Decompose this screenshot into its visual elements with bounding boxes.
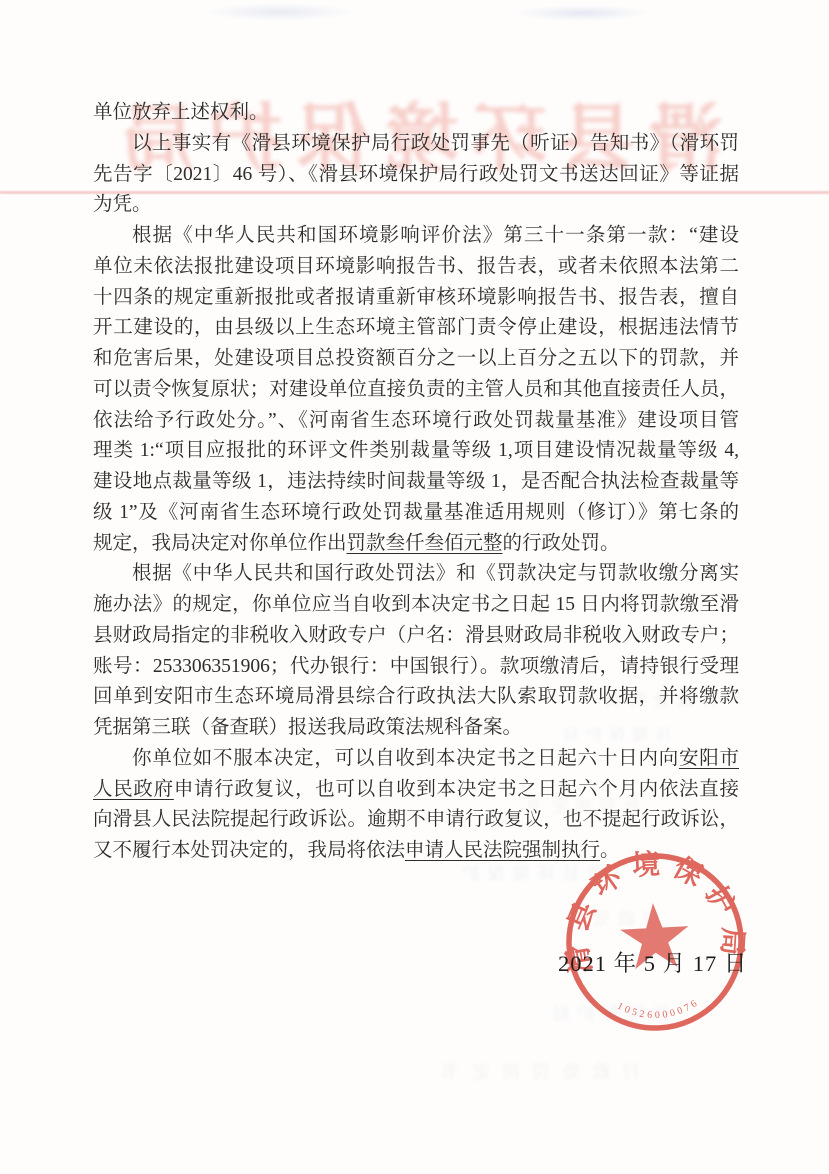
text-line: 可以责令恢复原状；对建设单位直接负责的主管人员和其他直接责任人员，	[93, 375, 739, 406]
text-segment: 单位未依法报批建设项目环境影响报告书、报告表，或者未依照本法第二	[93, 256, 739, 277]
text-segment: 根据《中华人民共和国环境影响评价法》第三十一条第一款：“建设	[132, 225, 739, 246]
text-line: 以上事实有《滑县环境保护局行政处罚事先（听证）告知书》（滑环罚	[93, 129, 739, 160]
text-line: 施办法》的规定，你单位应当自收到本决定书之日起 15 日内将罚款缴至滑	[93, 590, 739, 621]
text-segment: 依法给予行政处分。”、《河南省生态环境行政处罚裁量基准》建设项目管	[93, 410, 739, 431]
text-line: 单位未依法报批建设项目环境影响报告书、报告表，或者未依照本法第二	[93, 252, 739, 283]
text-line: 理类 1:“项目应报批的环评文件类别裁量等级 1,项目建设情况裁量等级 4,	[93, 436, 739, 467]
text-line: 级 1”及《河南省生态环境行政处罚裁量基准适用规则（修订）》第七条的	[93, 498, 739, 529]
text-segment: 向滑县人民法院提起行政诉讼。逾期不申请行政复议，也不提起行政诉讼，	[93, 809, 739, 830]
text-line: 根据《中华人民共和国行政处罚法》和《罚款决定与罚款收缴分离实	[93, 559, 739, 590]
text-segment: 凭据第三联（备查联）报送我局政策法规科备案。	[93, 717, 522, 738]
text-segment: 单位放弃上述权利。	[93, 102, 269, 123]
document-body: 单位放弃上述权利。以上事实有《滑县环境保护局行政处罚事先（听证）告知书》（滑环罚…	[93, 98, 739, 867]
text-line: 开工建设的，由县级以上生态环境主管部门责令停止建设，根据违法情节	[93, 313, 739, 344]
text-line: 账号：253306351906；代办银行：中国银行）。款项缴清后，请持银行受理	[93, 652, 739, 683]
text-segment: 为凭。	[93, 194, 152, 215]
text-segment: 可以责令恢复原状；对建设单位直接负责的主管人员和其他直接责任人员，	[93, 379, 739, 400]
text-segment: 规定，我局决定对你单位作出	[93, 533, 347, 554]
text-segment: 先告字〔2021〕46 号）、《滑县环境保护局行政处罚文书送达回证》等证据	[93, 164, 739, 185]
text-segment: 开工建设的，由县级以上生态环境主管部门责令停止建设，根据违法情节	[93, 317, 739, 338]
text-segment: 账号：253306351906；代办银行：中国银行）。款项缴清后，请持银行受理	[93, 656, 739, 677]
text-line: 凭据第三联（备查联）报送我局政策法规科备案。	[93, 713, 739, 744]
text-segment: 你单位如不服本决定，可以自收到本决定书之日起六十日内向	[132, 748, 679, 769]
official-seal: 滑县环境保护局 4105260000761	[555, 842, 755, 1042]
text-segment: 又不履行本处罚决定的，我局将依法	[93, 840, 405, 861]
text-segment: 施办法》的规定，你单位应当自收到本决定书之日起 15 日内将罚款缴至滑	[93, 594, 739, 615]
text-segment: 回单到安阳市生态环境局滑县综合行政执法大队索取罚款收据，并将缴款	[93, 686, 739, 707]
text-segment: 申请行政复议，也可以自收到本决定书之日起六个月内依法直接	[174, 779, 739, 800]
text-segment: 根据《中华人民共和国行政处罚法》和《罚款决定与罚款收缴分离实	[132, 563, 739, 584]
text-segment: 以上事实有《滑县环境保护局行政处罚事先（听证）告知书》（滑环罚	[132, 133, 739, 154]
text-segment: 的行政处罚。	[503, 533, 620, 554]
text-segment: 级 1”及《河南省生态环境行政处罚裁量基准适用规则（修订）》第七条的	[93, 502, 739, 523]
text-segment: 建设地点裁量等级 1，违法持续时间裁量等级 1，是否配合执法检查裁量等	[93, 471, 739, 492]
scanned-document-page: 滑县环境保护局 行政处罚决环境保护局处罚决定书滑县环境保护行政处罚环境保护局行政…	[0, 0, 829, 1174]
underlined-text: 罚款叁仟叁佰元整	[347, 533, 503, 554]
text-line: 依法给予行政处分。”、《河南省生态环境行政处罚裁量基准》建设项目管	[93, 406, 739, 437]
text-line: 向滑县人民法院提起行政诉讼。逾期不申请行政复议，也不提起行政诉讼，	[93, 805, 739, 836]
text-line: 规定，我局决定对你单位作出罚款叁仟叁佰元整的行政处罚。	[93, 529, 739, 560]
text-line: 十四条的规定重新报批或者报请重新审核环境影响报告书、报告表，擅自	[93, 283, 739, 314]
text-segment: 十四条的规定重新报批或者报请重新审核环境影响报告书、报告表，擅自	[93, 287, 739, 308]
text-line: 人民政府申请行政复议，也可以自收到本决定书之日起六个月内依法直接	[93, 775, 739, 806]
bleed-fragment: 行政处罚决定书	[430, 1058, 640, 1084]
text-segment: 理类 1:“项目应报批的环评文件类别裁量等级 1,项目建设情况裁量等级 4,	[93, 440, 739, 461]
underlined-text: 安阳市	[679, 748, 739, 769]
text-segment: 和危害后果，处建设项目总投资额百分之一以上百分之五以下的罚款，并	[93, 348, 739, 369]
text-line: 和危害后果，处建设项目总投资额百分之一以上百分之五以下的罚款，并	[93, 344, 739, 375]
text-line: 根据《中华人民共和国环境影响评价法》第三十一条第一款：“建设	[93, 221, 739, 252]
text-line: 县财政局指定的非税收入财政专户（户名：滑县财政局非税收入财政专户；	[93, 621, 739, 652]
underlined-text: 人民政府	[93, 779, 174, 800]
scan-smudge	[205, 3, 355, 21]
text-segment: 县财政局指定的非税收入财政专户（户名：滑县财政局非税收入财政专户；	[93, 625, 739, 646]
text-line: 建设地点裁量等级 1，违法持续时间裁量等级 1，是否配合执法检查裁量等	[93, 467, 739, 498]
text-line: 你单位如不服本决定，可以自收到本决定书之日起六十日内向安阳市	[93, 744, 739, 775]
text-line: 单位放弃上述权利。	[93, 98, 739, 129]
decision-date: 2021 年 5 月 17 日	[558, 946, 758, 978]
text-line: 先告字〔2021〕46 号）、《滑县环境保护局行政处罚文书送达回证》等证据	[93, 160, 739, 191]
text-line: 为凭。	[93, 190, 739, 221]
scan-smudge	[515, 5, 650, 21]
text-line: 回单到安阳市生态环境局滑县综合行政执法大队索取罚款收据，并将缴款	[93, 682, 739, 713]
